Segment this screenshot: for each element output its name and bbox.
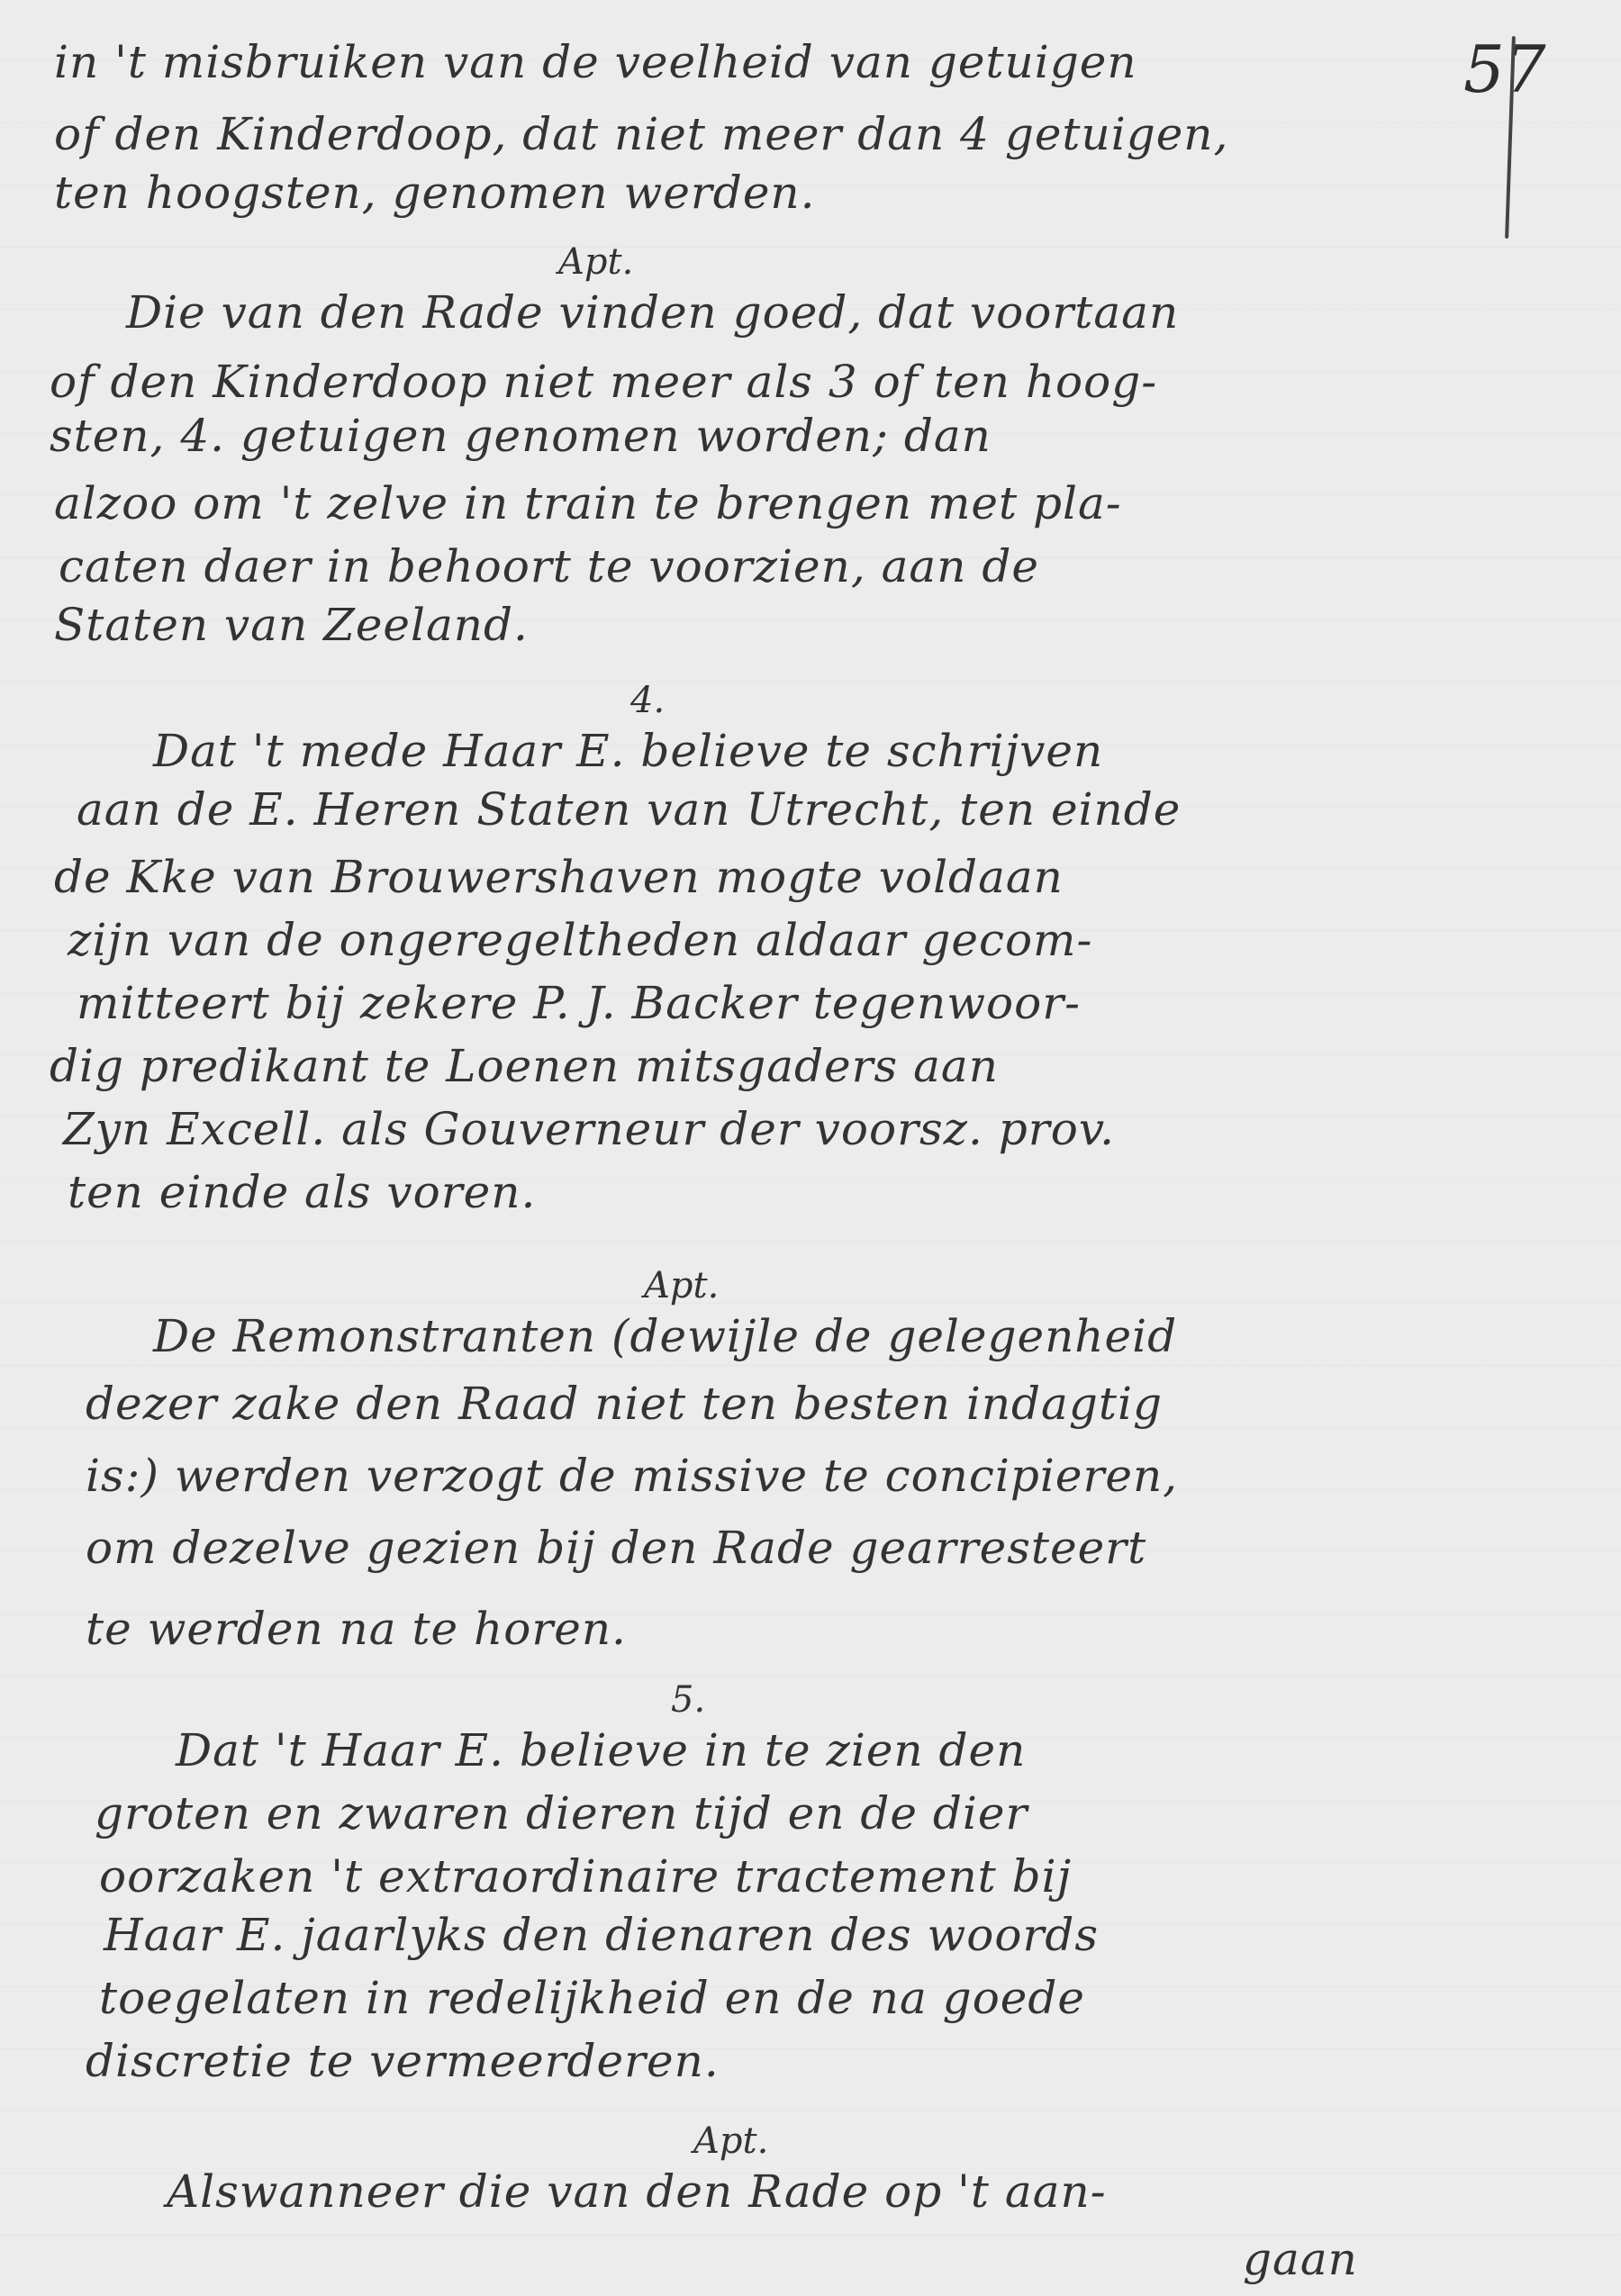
text-line: Dat 't mede Haar E. believe te schrijven — [153, 725, 1103, 777]
text-line: de Kke van Brouwershaven mogte voldaan — [54, 851, 1064, 903]
text-line: Zyn Excell. als Gouverneur der voorsz. p… — [63, 1103, 1115, 1155]
text-line: zijn van de ongeregeltheden aldaar gecom… — [68, 914, 1092, 966]
apostille-heading: Apt. — [558, 241, 633, 283]
catchword: gaan — [1243, 2233, 1358, 2285]
article-number: 5. — [671, 1679, 705, 1721]
apostille-heading: Apt. — [693, 2120, 768, 2162]
text-line: discretie te vermeerderen. — [86, 2035, 720, 2087]
article-number: 4. — [630, 680, 665, 721]
text-line: te werden na te horen. — [86, 1603, 627, 1655]
apostille-heading: Apt. — [644, 1265, 719, 1306]
text-line: of den Kinderdoop, dat niet meer dan 4 g… — [54, 108, 1228, 160]
text-line: mitteert bij zekere P. J. Backer tegenwo… — [77, 977, 1081, 1029]
text-line: groten en zwaren dieren tijd en de dier — [95, 1787, 1028, 1840]
text-line: aan de E. Heren Staten van Utrecht, ten … — [77, 783, 1181, 836]
text-line: om dezelve gezien bij den Rade gearreste… — [86, 1522, 1146, 1574]
text-line: toegelaten in redelijkheid en de na goed… — [99, 1972, 1085, 2024]
text-line: Dat 't Haar E. believe in te zien den — [176, 1724, 1026, 1776]
page-number: 57 — [1463, 32, 1546, 107]
text-line: Haar E. jaarlyks den dienaren des woords — [104, 1909, 1099, 1961]
text-line: dezer zake den Raad niet ten besten inda… — [86, 1378, 1163, 1430]
text-line: sten, 4. getuigen genomen worden; dan — [50, 410, 992, 462]
text-line: in 't misbruiken van de veelheid van get… — [54, 36, 1137, 88]
text-line: Die van den Rade vinden goed, dat voorta… — [126, 286, 1179, 339]
text-line: is:) werden verzogt de missive te concip… — [86, 1450, 1178, 1502]
text-line: of den Kinderdoop niet meer als 3 of ten… — [50, 356, 1157, 408]
text-line: dig predikant te Loenen mitsgaders aan — [50, 1040, 999, 1092]
text-line: alzoo om 't zelve in train te brengen me… — [54, 477, 1122, 529]
text-line: Alswanneer die van den Rade op 't aan- — [167, 2165, 1107, 2218]
manuscript-page: 57 in 't misbruiken van de veelheid van … — [0, 0, 1621, 2296]
text-line: ten hoogsten, genomen werden. — [54, 167, 816, 219]
text-line: De Remonstranten (dewijle de gelegenheid — [153, 1310, 1177, 1362]
text-line: ten einde als voren. — [68, 1166, 536, 1218]
text-line: Staten van Zeeland. — [54, 599, 529, 651]
text-line: caten daer in behoort te voorzien, aan d… — [59, 540, 1039, 592]
text-line: oorzaken 't extraordinaire tractement bi… — [99, 1850, 1072, 1903]
